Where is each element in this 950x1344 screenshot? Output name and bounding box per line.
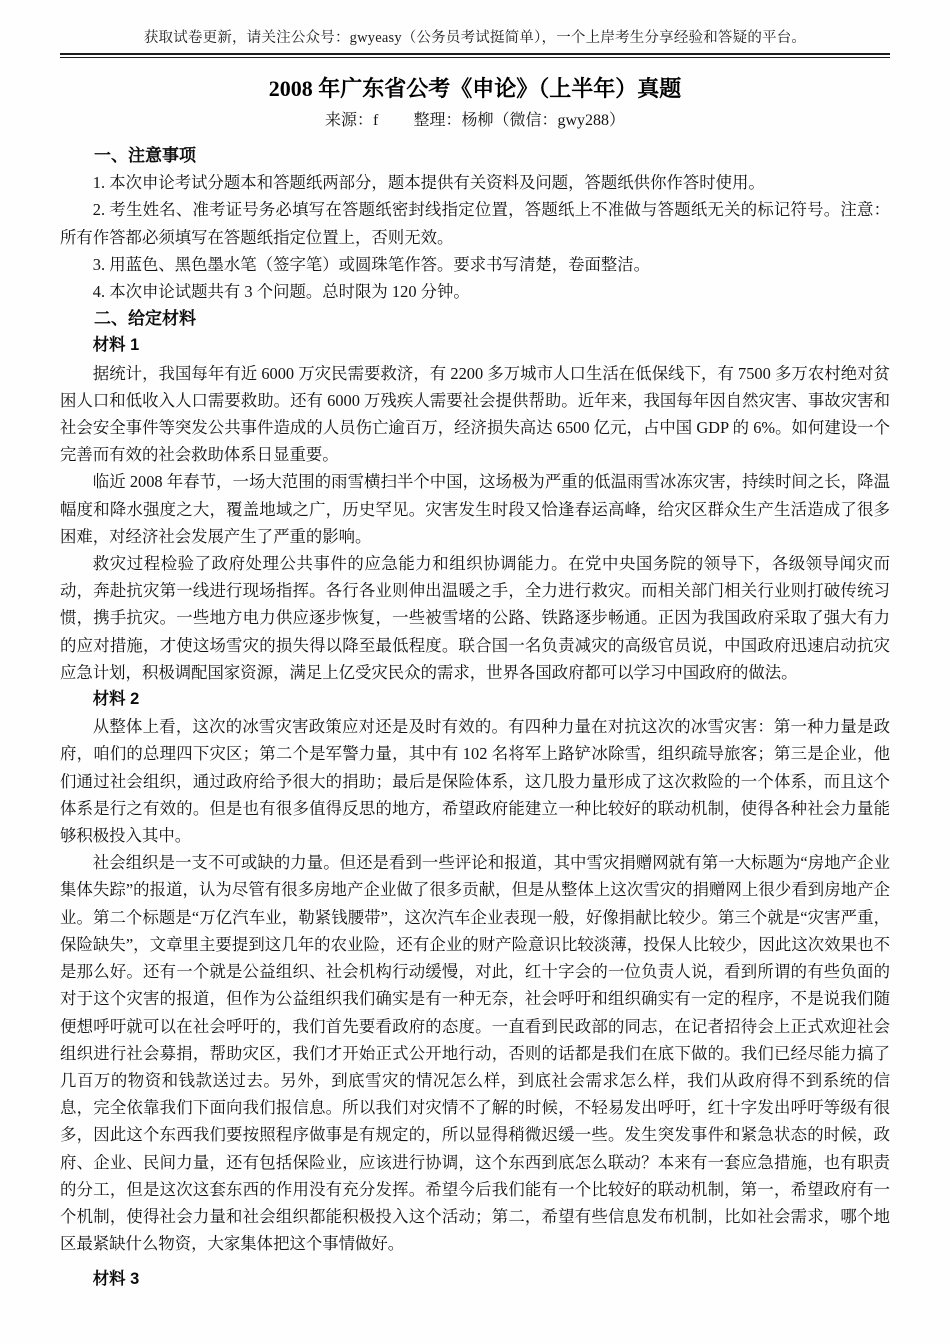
document-title: 2008 年广东省公考《申论》（上半年）真题 bbox=[60, 75, 890, 103]
notice-item-2: 2. 考生姓名、准考证号务必填写在答题纸密封线指定位置，答题纸上不准做与答题纸无… bbox=[60, 196, 890, 250]
section-heading-notes: 一、注意事项 bbox=[60, 142, 890, 169]
notice-item-3: 3. 用蓝色、黑色墨水笔（签字笔）或圆珠笔作答。要求书写清楚，卷面整洁。 bbox=[60, 251, 890, 278]
editor-label: 整理：杨柳（微信：gwy288） bbox=[413, 112, 625, 129]
document-meta: 来源：f整理：杨柳（微信：gwy288） bbox=[60, 110, 890, 132]
document-page: 获取试卷更新，请关注公众号：gwyeasy（公务员考试挺简单），一个上岸考生分享… bbox=[0, 0, 950, 1344]
document-body: 一、注意事项 1. 本次申论考试分题本和答题纸两部分，题本提供有关资料及问题，答… bbox=[60, 142, 890, 1294]
material-2-paragraph-2: 社会组织是一支不可或缺的力量。但还是看到一些评论和报道，其中雪灾捐赠网就有第一大… bbox=[60, 849, 890, 1257]
material-1-heading: 材料 1 bbox=[60, 332, 890, 359]
source-label: 来源：f bbox=[325, 112, 378, 129]
material-1-paragraph-2: 临近 2008 年春节，一场大范围的雨雪横扫半个中国，这场极为严重的低温雨雪冰冻… bbox=[60, 468, 890, 550]
page-header: 获取试卷更新，请关注公众号：gwyeasy（公务员考试挺简单），一个上岸考生分享… bbox=[60, 28, 890, 58]
material-1-paragraph-1: 据统计，我国每年有近 6000 万灾民需要救济，有 2200 多万城市人口生活在… bbox=[60, 360, 890, 469]
material-2-heading: 材料 2 bbox=[60, 686, 890, 713]
material-1-paragraph-3: 救灾过程检验了政府处理公共事件的应急能力和组织协调能力。在党中央国务院的领导下，… bbox=[60, 550, 890, 686]
divider-thin-line bbox=[60, 57, 890, 58]
header-notice-text: 获取试卷更新，请关注公众号：gwyeasy（公务员考试挺简单），一个上岸考生分享… bbox=[60, 28, 890, 48]
notice-item-4: 4. 本次申论试题共有 3 个问题。总时限为 120 分钟。 bbox=[60, 278, 890, 305]
section-heading-materials: 二、给定材料 bbox=[60, 305, 890, 332]
notice-item-1: 1. 本次申论考试分题本和答题纸两部分，题本提供有关资料及问题，答题纸供你作答时… bbox=[60, 169, 890, 196]
material-3-heading: 材料 3 bbox=[60, 1266, 890, 1293]
material-2-paragraph-1: 从整体上看，这次的冰雪灾害政策应对还是及时有效的。有四种力量在对抗这次的冰雪灾害… bbox=[60, 713, 890, 849]
header-divider bbox=[60, 53, 890, 58]
